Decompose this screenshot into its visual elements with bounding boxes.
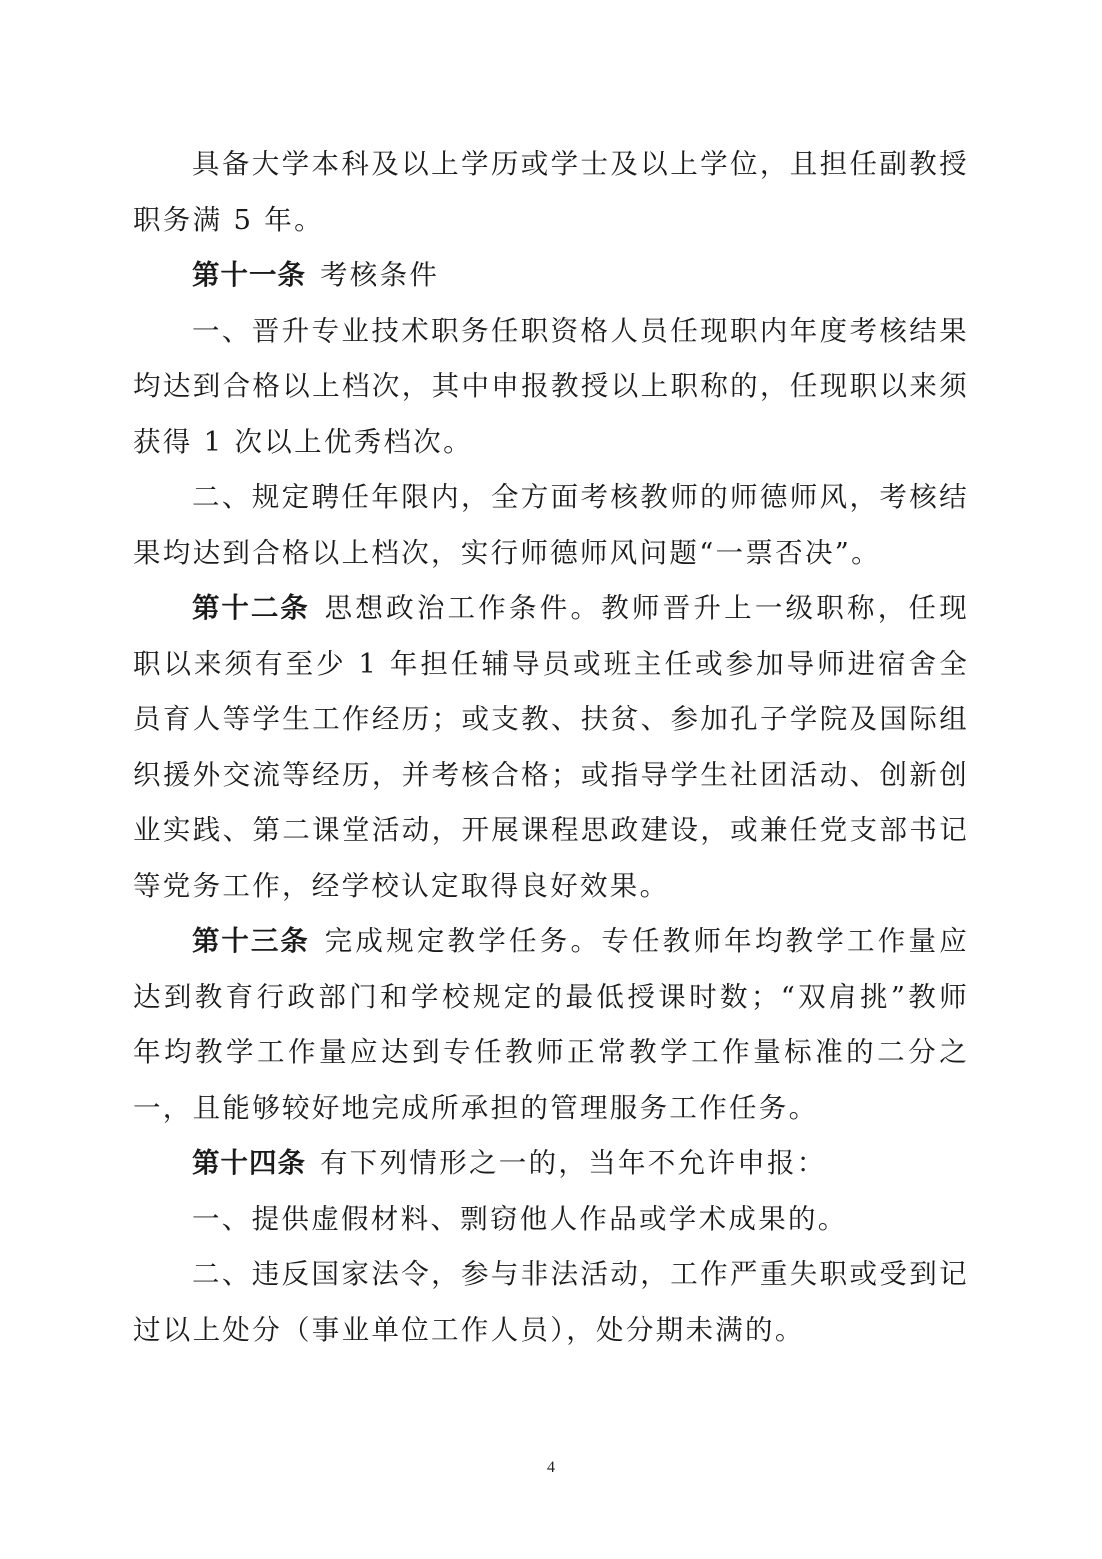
paragraph-text: 具备大学本科及以上学历或学士及以上学位，且担任副教授职务满 5 年。 (133, 148, 969, 236)
article-12: 第十二条思想政治工作条件。教师晋升上一级职称，任现职以来须有至少 1 年担任辅导… (133, 581, 969, 914)
article-title: 第十二条 (192, 592, 310, 624)
paragraph-degree-requirement: 具备大学本科及以上学历或学士及以上学位，且担任副教授职务满 5 年。 (133, 137, 969, 248)
paragraph-legal-violation: 二、违反国家法令，参与非法活动，工作严重失职或受到记过以上处分（事业单位工作人员… (133, 1247, 969, 1358)
paragraph-text: 一、提供虚假材料、剽窃他人作品或学术成果的。 (192, 1203, 848, 1235)
article-13: 第十三条完成规定教学任务。专任教师年均教学工作量应达到教育行政部门和学校规定的最… (133, 914, 969, 1136)
document-body: 具备大学本科及以上学历或学士及以上学位，且担任副教授职务满 5 年。 第十一条考… (133, 137, 969, 1358)
article-title: 第十四条 (192, 1147, 306, 1179)
paragraph-annual-assessment: 一、晋升专业技术职务任职资格人员任现职内年度考核结果均达到合格以上档次，其中申报… (133, 304, 969, 471)
article-text: 思想政治工作条件。教师晋升上一级职称，任现职以来须有至少 1 年担任辅导员或班主… (133, 592, 969, 902)
document-page: 具备大学本科及以上学历或学士及以上学位，且担任副教授职务满 5 年。 第十一条考… (0, 0, 1102, 1559)
article-11-heading: 第十一条考核条件 (133, 248, 969, 304)
article-14: 第十四条有下列情形之一的，当年不允许申报： (133, 1136, 969, 1192)
paragraph-ethics-assessment: 二、规定聘任年限内，全方面考核教师的师德师风，考核结果均达到合格以上档次，实行师… (133, 470, 969, 581)
paragraph-false-materials: 一、提供虚假材料、剽窃他人作品或学术成果的。 (133, 1192, 969, 1248)
article-title: 第十三条 (192, 925, 310, 957)
page-number: 4 (0, 1459, 1102, 1477)
article-title: 第十一条 (192, 259, 306, 291)
paragraph-text: 二、规定聘任年限内，全方面考核教师的师德师风，考核结果均达到合格以上档次，实行师… (133, 481, 969, 569)
paragraph-text: 一、晋升专业技术职务任职资格人员任现职内年度考核结果均达到合格以上档次，其中申报… (133, 315, 969, 458)
paragraph-text: 二、违反国家法令，参与非法活动，工作严重失职或受到记过以上处分（事业单位工作人员… (133, 1258, 969, 1346)
article-text: 有下列情形之一的，当年不允许申报： (320, 1147, 827, 1179)
article-text: 考核条件 (320, 259, 439, 291)
